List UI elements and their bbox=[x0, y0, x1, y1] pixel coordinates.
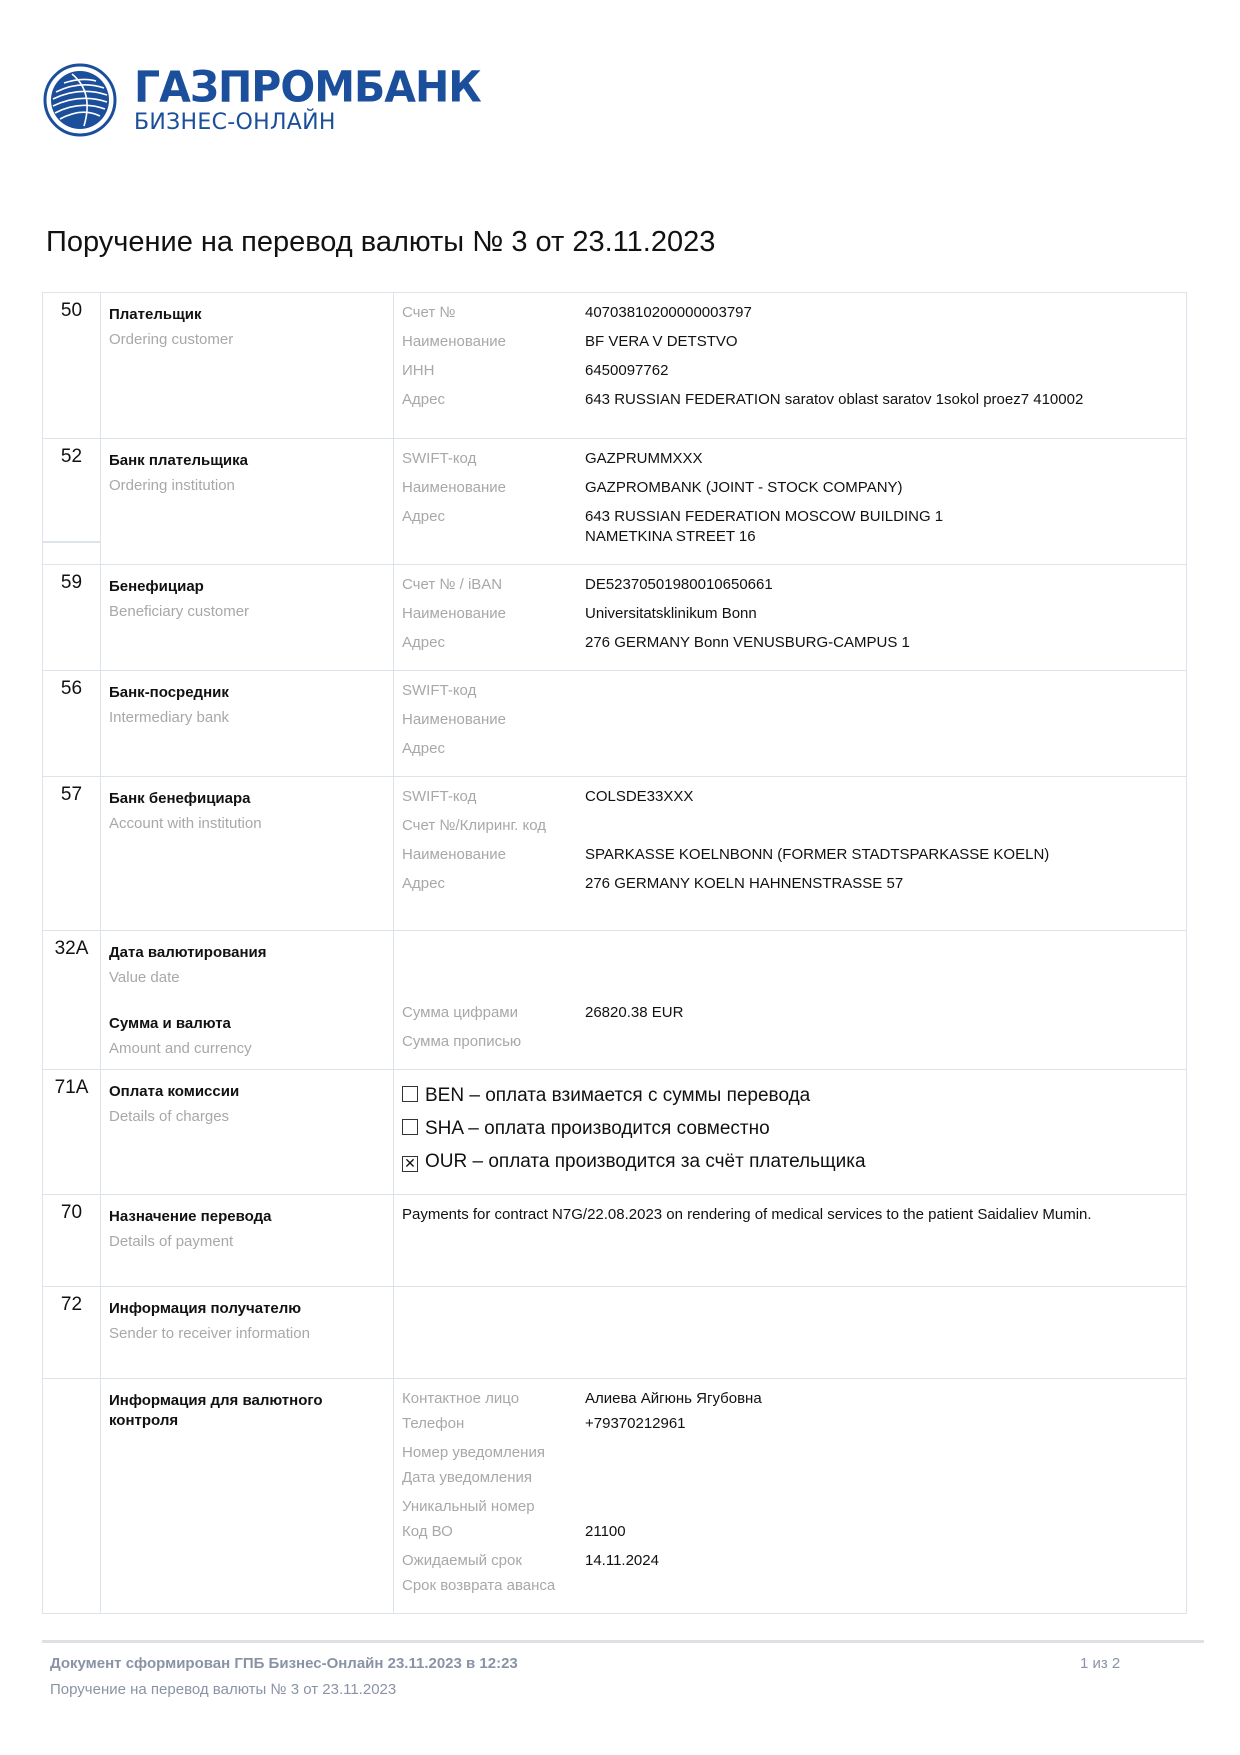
amount-value: 26820.38 EUR bbox=[585, 1003, 1178, 1023]
charge-option-our: ✕OUR – оплата производится за счёт плате… bbox=[402, 1150, 1178, 1174]
field-value: Universitatsklinikum Bonn bbox=[585, 604, 1178, 624]
checkbox-checked-icon: ✕ bbox=[402, 1156, 418, 1172]
field-value: 643 RUSSIAN FEDERATION saratov oblast sa… bbox=[585, 390, 1105, 410]
section-label-ru: Назначение перевода bbox=[109, 1207, 385, 1227]
field-label: Наименование bbox=[402, 604, 585, 624]
field-label: Счет № / iBAN bbox=[402, 575, 585, 595]
globe-logo-icon bbox=[42, 62, 118, 138]
field-value: COLSDE33XXX bbox=[585, 787, 1178, 807]
field-label: Счет № bbox=[402, 303, 585, 323]
section-row-charges: 71A Оплата комиссии Details of charges B… bbox=[43, 1070, 1187, 1195]
field-label: Счет №/Клиринг. код bbox=[402, 816, 585, 836]
field-code: 72 bbox=[43, 1287, 101, 1379]
field-label: ИНН bbox=[402, 361, 585, 381]
field-label: Адрес bbox=[402, 507, 585, 547]
field-value: 40703810200000003797 bbox=[585, 303, 1178, 323]
field-code: 32A bbox=[43, 931, 101, 1070]
field-value: +79370212961 bbox=[585, 1414, 1178, 1434]
field-value bbox=[585, 1468, 1178, 1488]
charge-option-label: OUR – оплата производится за счёт плател… bbox=[425, 1151, 866, 1172]
section-label-en: Sender to receiver information bbox=[109, 1324, 385, 1344]
section-row-account-with-institution: 57 Банк бенефициара Account with institu… bbox=[43, 777, 1187, 931]
field-label: Адрес bbox=[402, 633, 585, 653]
section-label-en: Details of charges bbox=[109, 1107, 385, 1127]
section-label-ru: Бенефициар bbox=[109, 577, 385, 597]
section-label-en: Account with institution bbox=[109, 814, 385, 834]
checkbox-unchecked-icon bbox=[402, 1086, 418, 1102]
value-date-label-ru: Дата валютирования bbox=[109, 943, 385, 963]
section-label-ru: Плательщик bbox=[109, 305, 385, 325]
field-value: 643 RUSSIAN FEDERATION MOSCOW BUILDING 1… bbox=[585, 507, 965, 547]
field-value bbox=[585, 816, 1178, 836]
brand-name: ГАЗПРОМБАНК bbox=[134, 65, 481, 108]
field-label: Код ВО bbox=[402, 1522, 585, 1542]
section-row-value-date-amount: 32A Дата валютирования Value date Сумма … bbox=[43, 931, 1187, 1070]
footer-divider bbox=[42, 1640, 1204, 1643]
brand-subtitle: БИЗНЕС-ОНЛАЙН bbox=[134, 112, 481, 134]
field-label: Срок возврата аванса bbox=[402, 1576, 585, 1596]
section-label-ru: Информация для валютного контроля bbox=[109, 1391, 349, 1431]
field-label: Телефон bbox=[402, 1414, 585, 1434]
value-date-label-en: Value date bbox=[109, 968, 385, 988]
field-label: Контактное лицо bbox=[402, 1389, 585, 1409]
amount-label-en: Amount and currency bbox=[109, 1039, 385, 1059]
field-value bbox=[585, 1497, 1178, 1517]
charge-option-label: BEN – оплата взимается с суммы перевода bbox=[425, 1085, 810, 1106]
field-label: Адрес bbox=[402, 874, 585, 894]
section-label-ru: Банк бенефициара bbox=[109, 789, 385, 809]
field-label: Наименование bbox=[402, 845, 585, 865]
field-value: Алиева Айгюнь Ягубовна bbox=[585, 1389, 1178, 1409]
section-row-currency-control: Информация для валютного контроля Контак… bbox=[43, 1379, 1187, 1614]
bank-logo: ГАЗПРОМБАНК БИЗНЕС-ОНЛАЙН bbox=[42, 62, 481, 138]
page-number: 1 из 2 bbox=[1080, 1655, 1120, 1672]
field-label: Номер уведомления bbox=[402, 1443, 585, 1463]
section-label-en: Details of payment bbox=[109, 1232, 385, 1252]
field-value bbox=[585, 681, 1178, 701]
section-label-ru: Оплата комиссии bbox=[109, 1082, 385, 1102]
field-value: 276 GERMANY KOELN HAHNENSTRASSE 57 bbox=[585, 874, 1178, 894]
field-label: Наименование bbox=[402, 710, 585, 730]
field-label: Сумма прописью bbox=[402, 1032, 585, 1052]
field-label: Сумма цифрами bbox=[402, 1003, 585, 1023]
field-code: 50 bbox=[43, 293, 101, 439]
field-label: Наименование bbox=[402, 332, 585, 352]
section-row-details-of-payment: 70 Назначение перевода Details of paymen… bbox=[43, 1195, 1187, 1287]
field-value bbox=[585, 1443, 1178, 1463]
charge-option-sha: SHA – оплата производится совместно bbox=[402, 1117, 1178, 1141]
footer-doc-title: Поручение на перевод валюты № 3 от 23.11… bbox=[50, 1681, 396, 1698]
field-label: SWIFT-код bbox=[402, 449, 585, 469]
field-label: Адрес bbox=[402, 390, 585, 410]
receiver-info-text bbox=[394, 1287, 1187, 1379]
section-label-ru: Информация получателю bbox=[109, 1299, 385, 1319]
field-code: 56 bbox=[43, 671, 101, 777]
section-row-ordering-institution: 52 Банк плательщика Ordering institution… bbox=[43, 439, 1187, 565]
field-code: 71A bbox=[43, 1070, 101, 1195]
payment-purpose-text: Payments for contract N7G/22.08.2023 on … bbox=[394, 1195, 1187, 1287]
field-value bbox=[585, 739, 1178, 759]
field-label: Дата уведомления bbox=[402, 1468, 585, 1488]
table-divider bbox=[42, 541, 100, 543]
field-code: 57 bbox=[43, 777, 101, 931]
section-label-en: Ordering institution bbox=[109, 476, 385, 496]
footer-generated-note: Документ сформирован ГПБ Бизнес-Онлайн 2… bbox=[50, 1655, 518, 1672]
amount-in-words bbox=[585, 1032, 1178, 1052]
section-row-ordering-customer: 50 Плательщик Ordering customer Счет №40… bbox=[43, 293, 1187, 439]
field-value: 21100 bbox=[585, 1522, 1178, 1542]
field-label: Уникальный номер bbox=[402, 1497, 585, 1517]
field-value: 6450097762 bbox=[585, 361, 1178, 381]
field-label: SWIFT-код bbox=[402, 681, 585, 701]
field-value: 276 GERMANY Bonn VENUSBURG-CAMPUS 1 bbox=[585, 633, 1178, 653]
charge-option-ben: BEN – оплата взимается с суммы перевода bbox=[402, 1084, 1178, 1108]
field-label: Адрес bbox=[402, 739, 585, 759]
field-value: GAZPROMBANK (JOINT - STOCK COMPANY) bbox=[585, 478, 1178, 498]
field-value bbox=[585, 1576, 1178, 1596]
section-label-en: Beneficiary customer bbox=[109, 602, 385, 622]
transfer-form-table: 50 Плательщик Ordering customer Счет №40… bbox=[42, 292, 1187, 1614]
field-code: 59 bbox=[43, 565, 101, 671]
section-row-sender-to-receiver: 72 Информация получателю Sender to recei… bbox=[43, 1287, 1187, 1379]
field-value bbox=[585, 710, 1178, 730]
section-label-en: Intermediary bank bbox=[109, 708, 385, 728]
field-value: BF VERA V DETSTVO bbox=[585, 332, 1178, 352]
section-label-ru: Банк плательщика bbox=[109, 451, 385, 471]
field-value: GAZPRUMMXXX bbox=[585, 449, 1178, 469]
field-code bbox=[43, 1379, 101, 1614]
page-title: Поручение на перевод валюты № 3 от 23.11… bbox=[46, 226, 715, 259]
charge-option-label: SHA – оплата производится совместно bbox=[425, 1118, 770, 1139]
amount-label-ru: Сумма и валюта bbox=[109, 1014, 385, 1034]
field-label: Ожидаемый срок bbox=[402, 1551, 585, 1571]
field-label: SWIFT-код bbox=[402, 787, 585, 807]
field-code: 70 bbox=[43, 1195, 101, 1287]
section-row-intermediary-bank: 56 Банк-посредник Intermediary bank SWIF… bbox=[43, 671, 1187, 777]
field-label: Наименование bbox=[402, 478, 585, 498]
checkbox-unchecked-icon bbox=[402, 1119, 418, 1135]
field-value: DE52370501980010650661 bbox=[585, 575, 1178, 595]
section-label-ru: Банк-посредник bbox=[109, 683, 385, 703]
section-row-beneficiary: 59 Бенефициар Beneficiary customer Счет … bbox=[43, 565, 1187, 671]
section-label-en: Ordering customer bbox=[109, 330, 385, 350]
field-value: 14.11.2024 bbox=[585, 1551, 1178, 1571]
field-value: SPARKASSE KOELNBONN (FORMER STADTSPARKAS… bbox=[585, 845, 1178, 865]
field-code: 52 bbox=[43, 439, 101, 565]
